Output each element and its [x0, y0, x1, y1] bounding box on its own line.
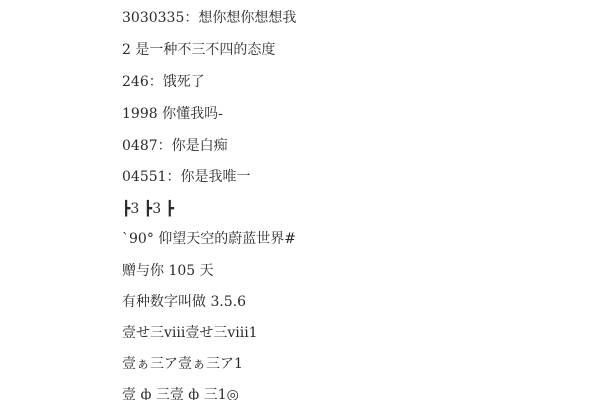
text-line: 0487：你是白痴	[122, 137, 228, 155]
text-line: 2 是一种不三不四的态度	[122, 41, 275, 59]
text-line: `90° 仰望天空的蔚蓝世界#	[122, 230, 296, 248]
text-line: 壹ぁ三ア壹ぁ三ア1	[122, 355, 243, 373]
text-line: 246：饿死了	[122, 73, 205, 91]
document-page: 3030335：想你想你想想我 2 是一种不三不四的态度 246：饿死了 199…	[0, 0, 600, 400]
text-line: 壹せ三ⅷ壹せ三ⅷ1	[122, 324, 258, 342]
text-line: 04551：你是我唯一	[122, 168, 251, 186]
text-line: 1998 你懂我吗-	[122, 105, 223, 123]
text-line: 有种数字叫做 3.5.6	[122, 293, 246, 311]
text-line: ┣3 ┣3 ┣	[122, 200, 174, 218]
text-line: 壹 ф 三壹 ф 三1◎	[122, 386, 239, 400]
text-line: 赠与你 105 天	[122, 262, 214, 280]
text-line: 3030335：想你想你想想我	[122, 9, 296, 27]
